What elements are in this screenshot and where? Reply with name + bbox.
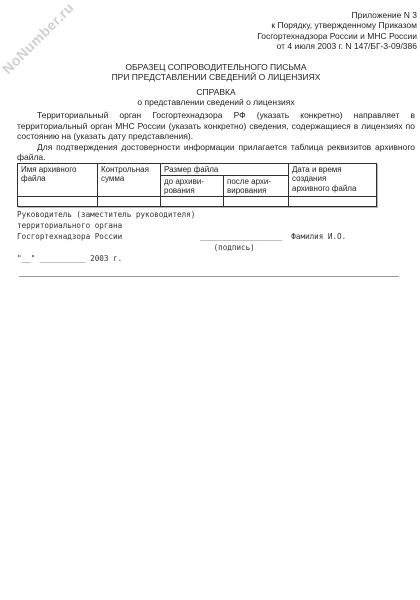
table-header-row-1: Имя архивного файла Контрольная сумма Ра…	[18, 164, 377, 176]
col-header-checksum: Контрольная сумма	[98, 164, 161, 197]
empty-cell-checksum	[98, 196, 161, 206]
body-text: Территориальный орган Госгортехнадзора Р…	[17, 110, 415, 163]
appendix-note: Приложение N 3 к Порядку, утвержденному …	[257, 10, 417, 52]
document-title: ОБРАЗЕЦ СОПРОВОДИТЕЛЬНОГО ПИСЬМА ПРИ ПРЕ…	[17, 62, 415, 83]
document-page: NoNumber.ru Приложение N 3 к Порядку, ут…	[0, 0, 420, 600]
appendix-note-line-3: Госгортехнадзора России и МНС России	[257, 31, 417, 41]
paragraph-2: Для подтверждения достоверности информац…	[17, 142, 415, 163]
empty-cell-size-after	[224, 196, 289, 206]
col-header-file-size: Размер файла	[161, 164, 289, 176]
col-header-size-before: до архиви- рования	[161, 176, 224, 197]
archive-file-table: Имя архивного файла Контрольная сумма Ра…	[17, 163, 377, 207]
paragraph-1: Территориальный орган Госгортехнадзора Р…	[17, 110, 415, 142]
signature-block: Руководитель (заместитель руководителя) …	[17, 209, 346, 264]
table-empty-row	[18, 196, 377, 206]
appendix-note-line-2: к Порядку, утвержденному Приказом	[257, 20, 417, 30]
empty-cell-size-before	[161, 196, 224, 206]
col-header-created: Дата и время создания архивного файла	[289, 164, 377, 197]
appendix-note-line-4: от 4 июля 2003 г. N 147/БГ-3-09/386	[257, 41, 417, 51]
appendix-note-line-1: Приложение N 3	[257, 10, 417, 20]
section-divider	[19, 276, 399, 277]
col-header-size-after: после архи- вирования	[224, 176, 289, 197]
col-header-file-name: Имя архивного файла	[18, 164, 98, 197]
document-subtitle: СПРАВКА о представлении сведений о лицен…	[17, 87, 415, 108]
empty-cell-file-name	[18, 196, 98, 206]
empty-cell-created	[289, 196, 377, 206]
